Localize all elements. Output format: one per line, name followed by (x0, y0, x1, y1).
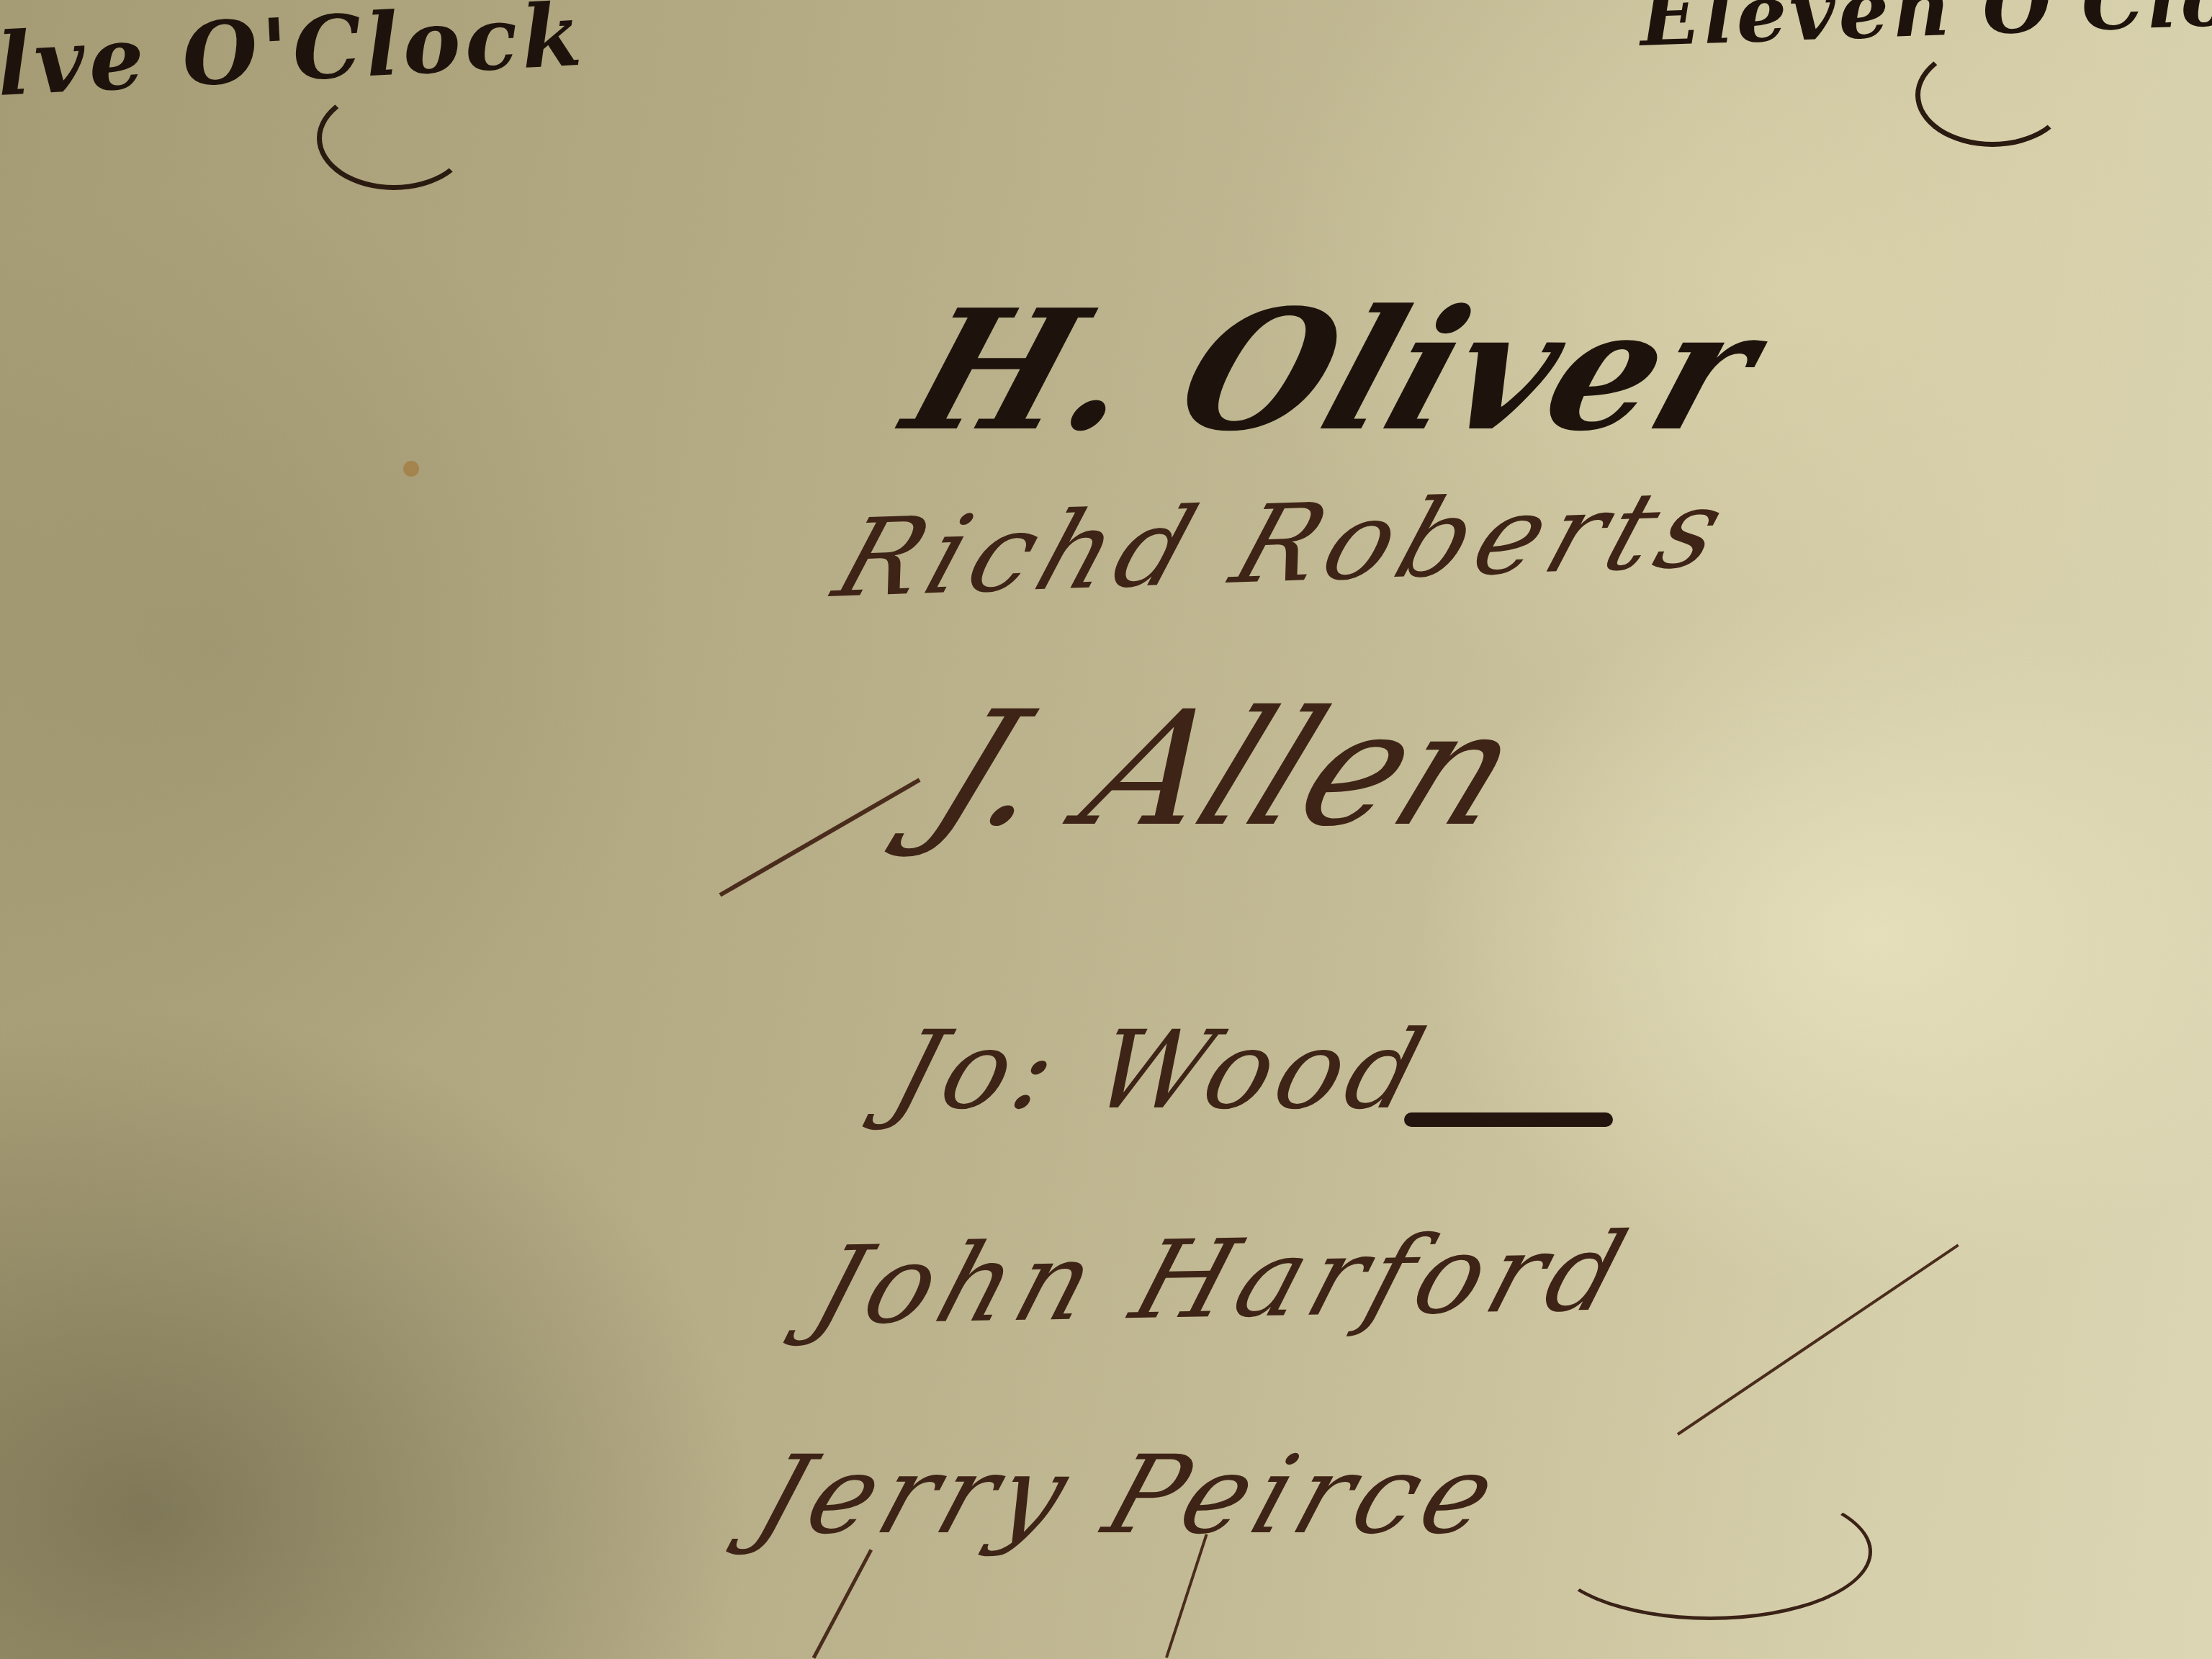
signature-oliver: H. Oliver (886, 274, 1779, 468)
signature-wood: Jo: Wood (878, 1008, 1442, 1133)
peirce-flourish (1548, 1483, 1872, 1620)
header-flourish-right (1915, 43, 2069, 147)
signature-peirce: Jerry Peirce (742, 1433, 1517, 1558)
foxing-spot (403, 461, 419, 477)
signature-allen: J. Allen (907, 677, 1545, 861)
wood-dash (1404, 1112, 1613, 1127)
header-flourish-left (317, 86, 471, 190)
signature-harford: John Harford (799, 1210, 1646, 1349)
